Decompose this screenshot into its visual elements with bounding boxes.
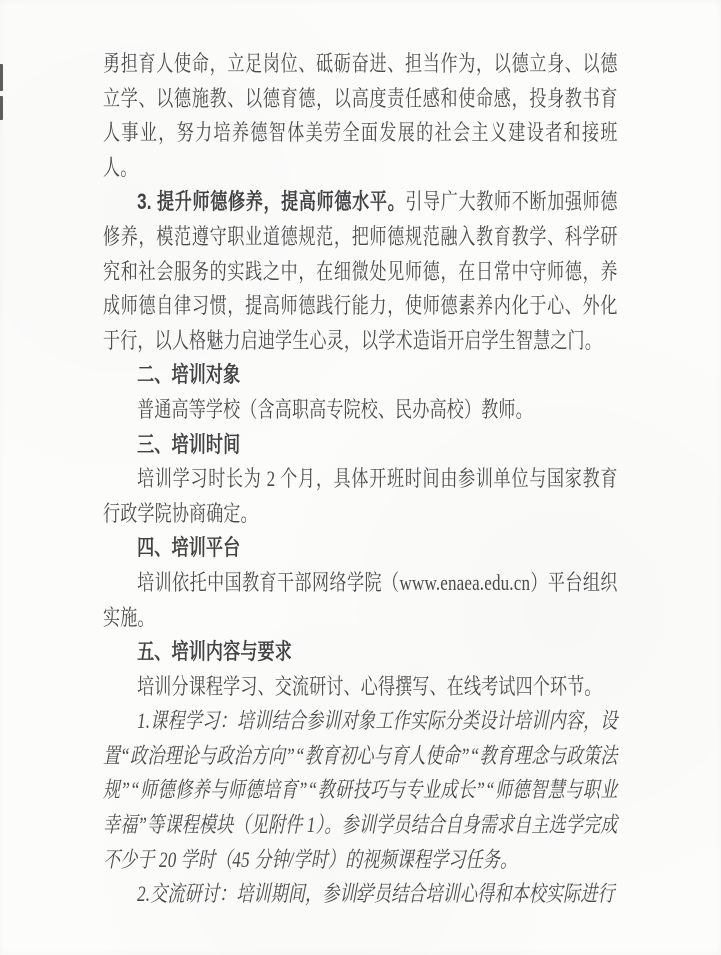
paragraph-bold-lead: 3. 提升师德修养，提高师德水平。 — [137, 189, 405, 214]
section-heading-training-target: 二、培训对象 — [103, 358, 618, 393]
section-heading-training-content: 五、培训内容与要求 — [103, 635, 618, 670]
document-body: 勇担育人使命，立足岗位、砥砺奋进、担当作为，以德立身、以德立学、以德施教、以德育… — [103, 47, 618, 912]
section-heading-training-platform: 四、培训平台 — [103, 531, 618, 566]
paragraph: 3. 提升师德修养，提高师德水平。引导广大教师不断加强师德修养，模范遵守职业道德… — [103, 185, 618, 358]
paragraph: 培训学习时长为 2 个月，具体开班时间由参训单位与国家教育行政学院协商确定。 — [103, 462, 618, 531]
paragraph-course-study: 1.课程学习：培训结合参训对象工作实际分类设计培训内容，设置“政治理论与政治方向… — [103, 704, 618, 877]
scan-artifact — [0, 96, 3, 120]
paragraph-continuation: 勇担育人使命，立足岗位、砥砺奋进、担当作为，以德立身、以德立学、以德施教、以德育… — [103, 47, 618, 185]
page-number: 2 — [0, 888, 721, 905]
scan-artifact — [0, 64, 3, 91]
paragraph: 培训依托中国教育干部网络学院（www.enaea.edu.cn）平台组织实施。 — [103, 566, 618, 635]
document-page: 勇担育人使命，立足岗位、砥砺奋进、担当作为，以德立身、以德立学、以德施教、以德育… — [0, 0, 721, 955]
paragraph: 普通高等学校（含高职高专院校、民办高校）教师。 — [103, 393, 618, 428]
section-heading-training-time: 三、培训时间 — [103, 428, 618, 463]
paragraph: 培训分课程学习、交流研讨、心得撰写、在线考试四个环节。 — [103, 670, 618, 705]
